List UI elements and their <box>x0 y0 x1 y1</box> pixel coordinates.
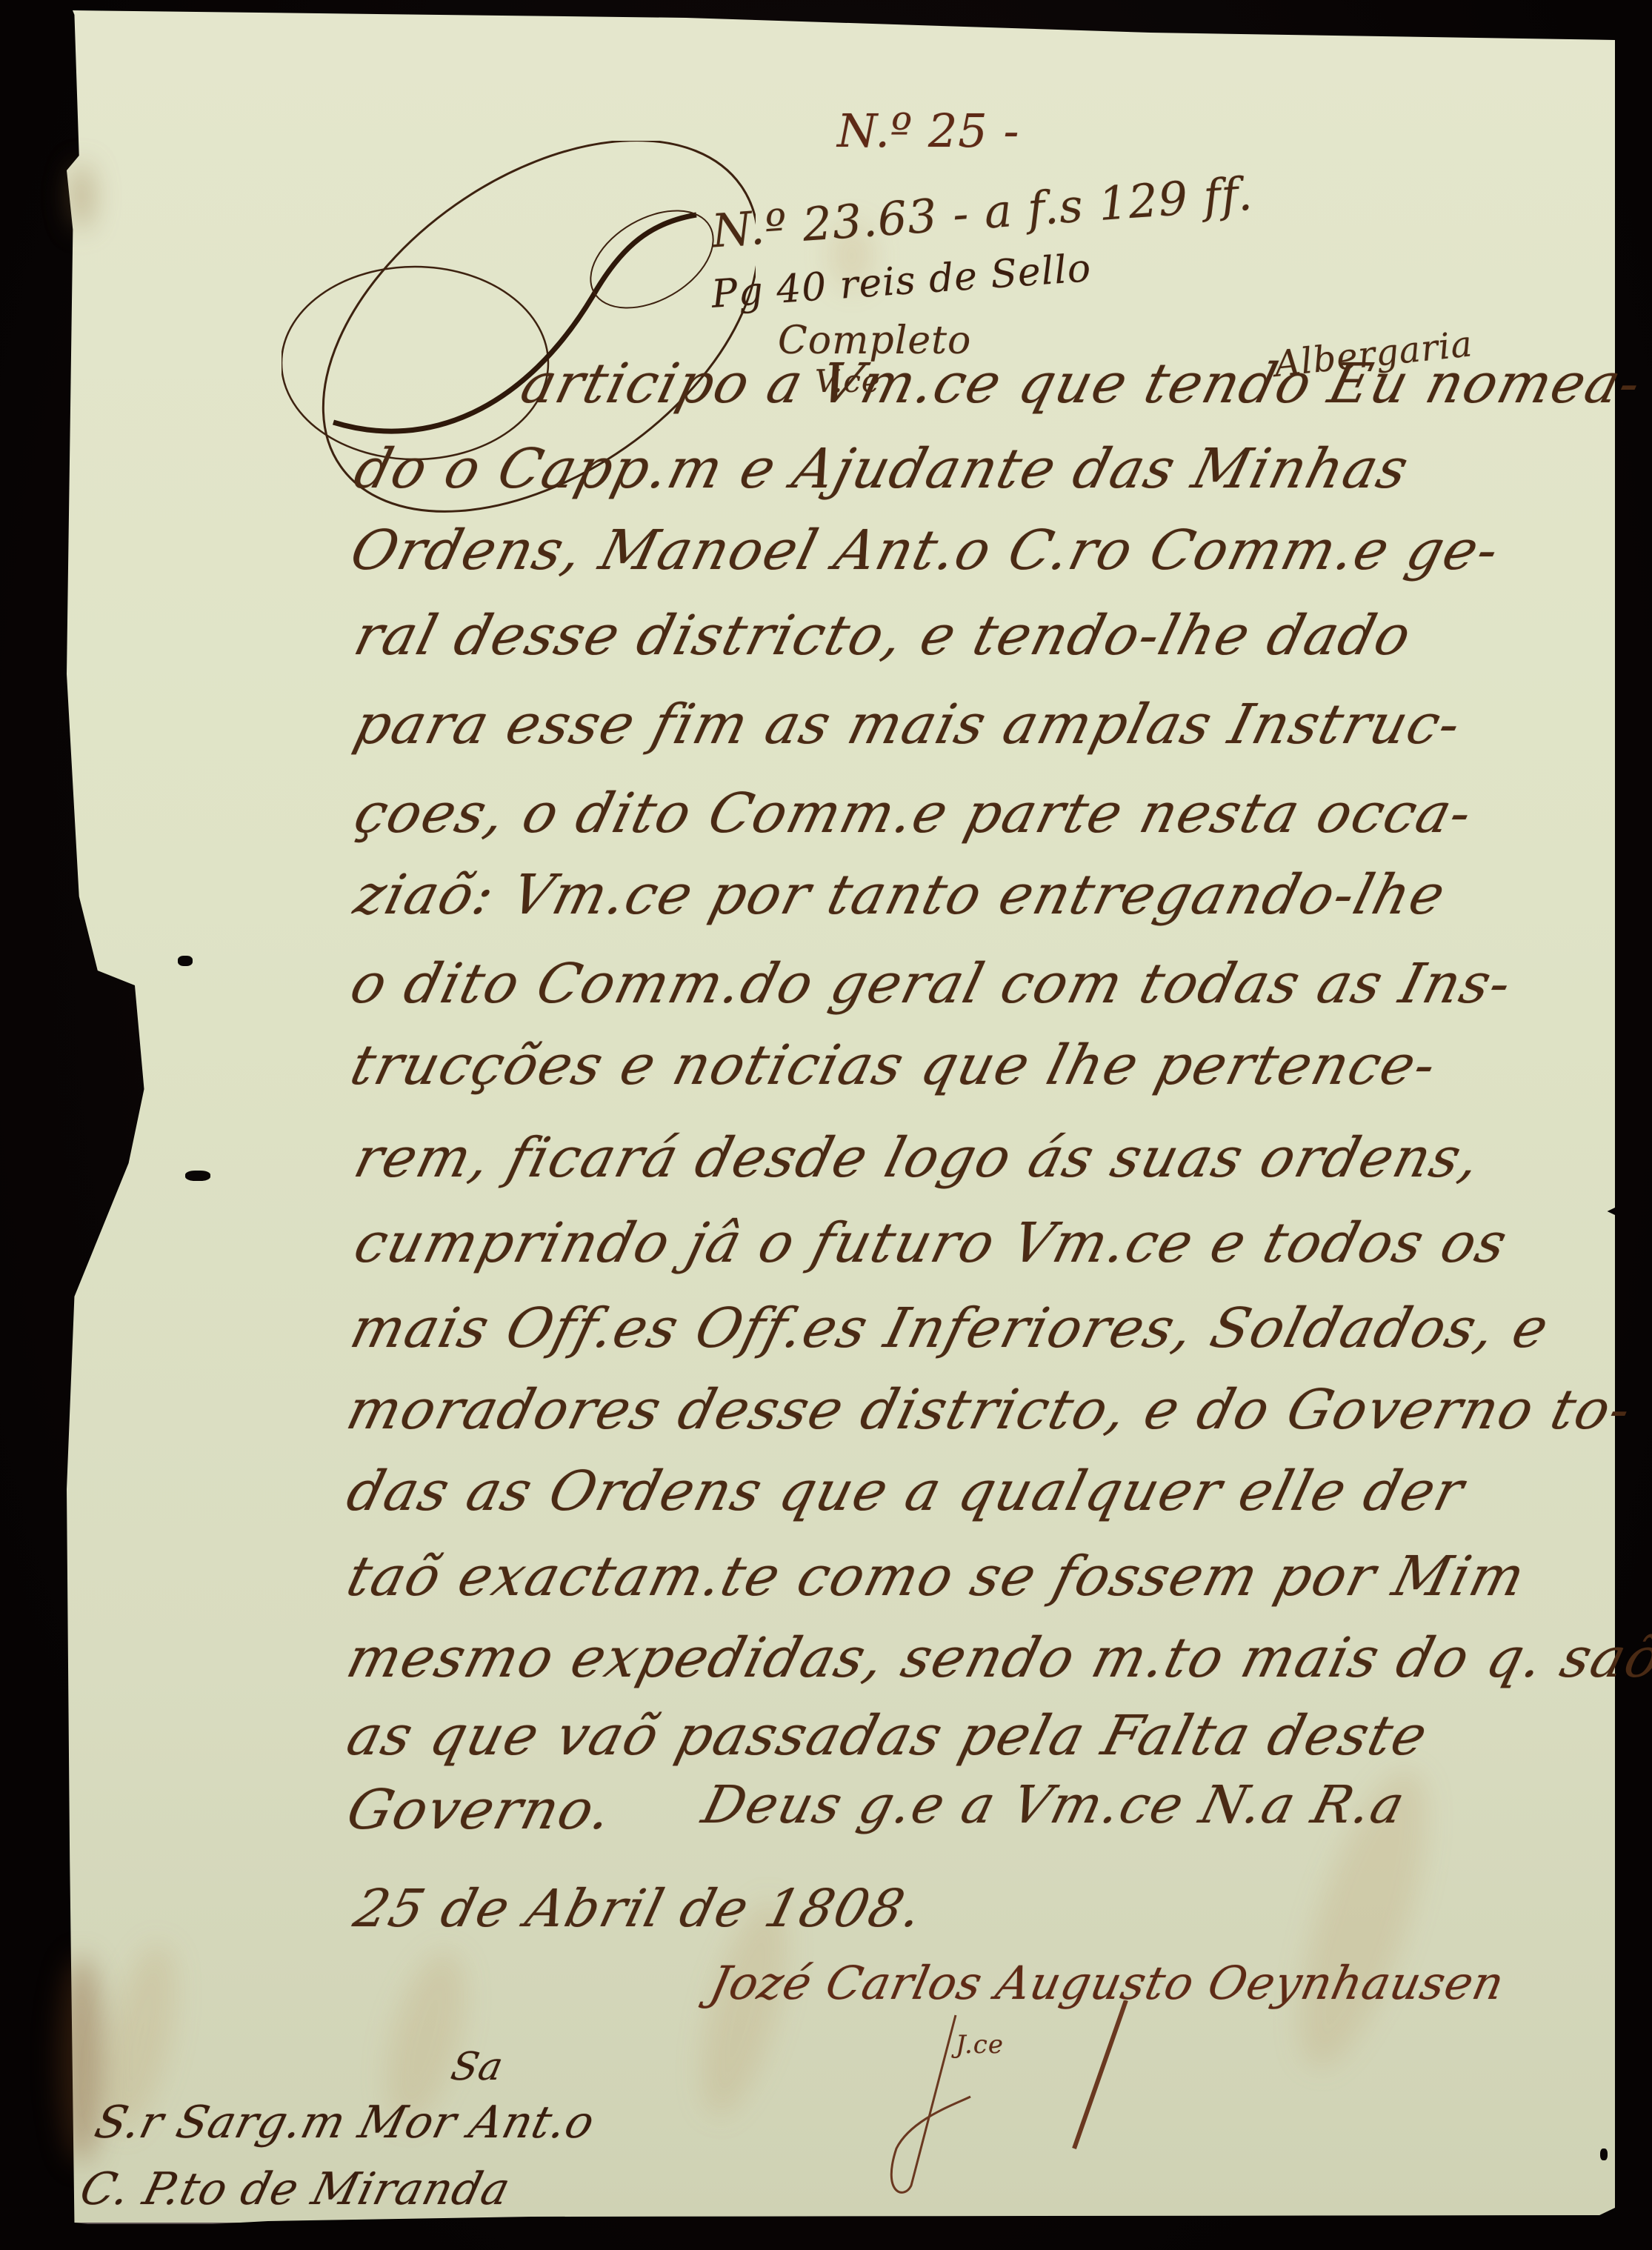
paper-hole <box>185 1171 210 1181</box>
body-line-2: do o Capp.m e Ajudante das Minhas <box>348 437 1416 501</box>
body-line-6: çoes, o dito Comm.e parte nesta occa- <box>348 782 1479 845</box>
document-number: N.º 25 - <box>837 104 1019 158</box>
body-line-16: mesmo expedidas, sendo m.to mais do q. s… <box>341 1626 1652 1690</box>
body-line-18: Governo. <box>341 1778 620 1842</box>
body-line-4: ral desse districto, e tendo-lhe dado <box>348 604 1419 668</box>
closing-salutation: Deus g.e a Vm.ce N.a R.a <box>696 1774 1412 1835</box>
body-line-3: Ordens, Manoel Ant.o C.ro Comm.e ge- <box>344 519 1506 582</box>
body-line-17: as que vaõ passadas pela Falta deste <box>341 1704 1435 1768</box>
body-line-7: ziaõ: Vm.ce por tanto entregando-lhe <box>348 863 1453 927</box>
svg-text:P: P <box>282 141 290 144</box>
body-line-13: moradores desse districto, e do Governo … <box>341 1378 1639 1442</box>
body-line-8: o dito Comm.do geral com todas as Ins- <box>344 952 1519 1016</box>
body-line-5: para esse fim as mais amplas Instruc- <box>348 693 1468 756</box>
body-line-9: trucções e noticias que lhe pertence- <box>344 1034 1444 1097</box>
addressee-line-2: C. P.to de Miranda <box>75 2163 516 2215</box>
body-line-12: mais Off.es Off.es Inferiores, Soldados,… <box>344 1297 1556 1360</box>
body-line-11: cumprindo jâ o futuro Vm.ce e todos os <box>348 1211 1514 1275</box>
signature-flourish-icon <box>852 2000 1222 2208</box>
edge-stain <box>70 163 93 230</box>
paper-hole <box>1600 2149 1608 2160</box>
addressee-honorific: Sa <box>447 2045 507 2089</box>
body-line-15: taõ exactam.te como se fossem por Mim <box>341 1545 1532 1608</box>
addressee-line-1: S.r Sarg.m Mor Ant.o <box>90 2097 600 2149</box>
body-line-10: rem, ficará desde logo ás suas ordens, <box>348 1126 1488 1190</box>
body-line-14: das as Ordens que a qualquer elle der <box>341 1459 1471 1523</box>
letter-date: 25 de Abril de 1808. <box>348 1878 930 1939</box>
paper-hole <box>178 956 193 966</box>
body-line-1: articipo a Vm.ce que tendo Eu nomea- <box>515 352 1648 416</box>
